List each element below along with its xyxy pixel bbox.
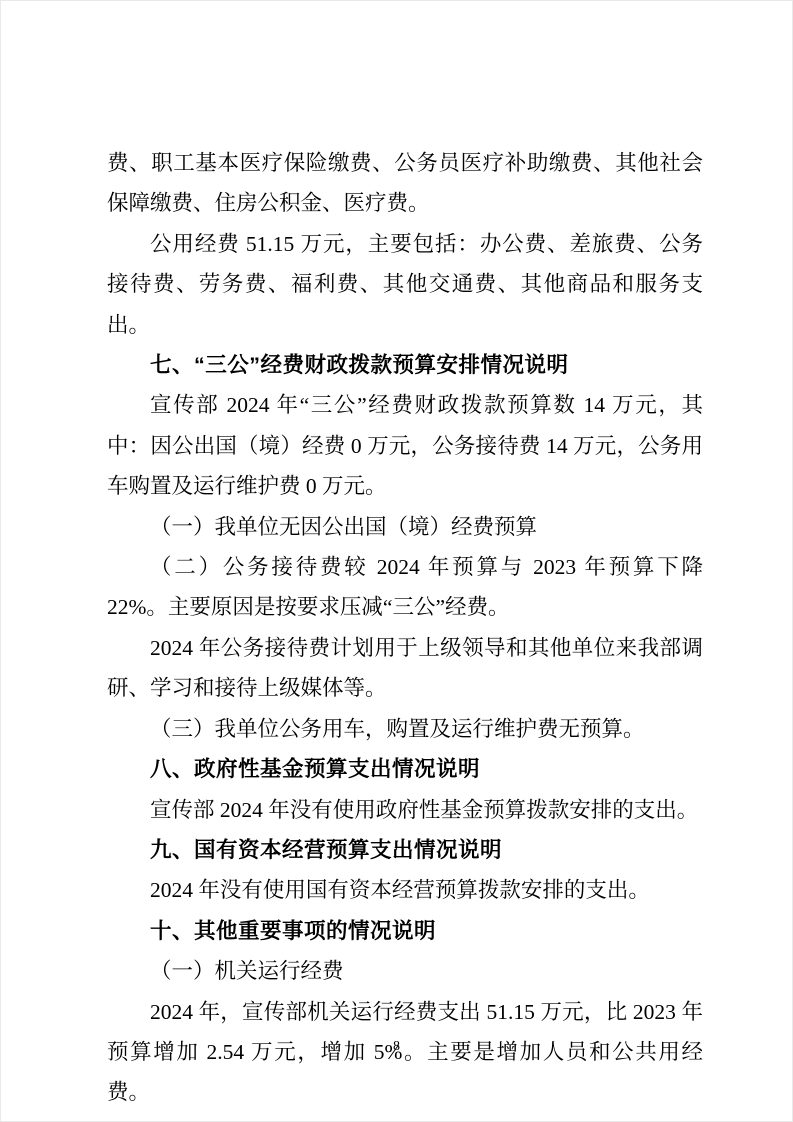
paragraph: 2024 年没有使用国有资本经营预算拨款安排的支出。 xyxy=(107,870,703,910)
paragraph: （二）公务接待费较 2024 年预算与 2023 年预算下降 22%。主要原因是… xyxy=(107,547,703,628)
paragraph: 费、职工基本医疗保险缴费、公务员医疗补助缴费、其他社会保障缴费、住房公积金、医疗… xyxy=(107,143,703,224)
page-footer: 8 xyxy=(1,1037,792,1057)
paragraph: （一）我单位无因公出国（境）经费预算 xyxy=(107,507,703,547)
section-heading: 十、其他重要事项的情况说明 xyxy=(107,911,703,951)
document-content: 费、职工基本医疗保险缴费、公务员医疗补助缴费、其他社会保障缴费、住房公积金、医疗… xyxy=(107,143,703,1113)
paragraph: 宣传部 2024 年没有使用政府性基金预算拨款安排的支出。 xyxy=(107,790,703,830)
section-heading: 七、“三公”经费财政拨款预算安排情况说明 xyxy=(107,345,703,385)
section-heading: 九、国有资本经营预算支出情况说明 xyxy=(107,830,703,870)
paragraph: （三）我单位公务用车，购置及运行维护费无预算。 xyxy=(107,709,703,749)
section-heading: 八、政府性基金预算支出情况说明 xyxy=(107,749,703,789)
paragraph: 2024 年公务接待费计划用于上级领导和其他单位来我部调研、学习和接待上级媒体等… xyxy=(107,628,703,709)
paragraph: 宣传部 2024 年“三公”经费财政拨款预算数 14 万元，其中：因公出国（境）… xyxy=(107,385,703,506)
paragraph: 公用经费 51.15 万元，主要包括：办公费、差旅费、公务接待费、劳务费、福利费… xyxy=(107,224,703,345)
document-page: 费、职工基本医疗保险缴费、公务员医疗补助缴费、其他社会保障缴费、住房公积金、医疗… xyxy=(0,0,793,1122)
page-number: 8 xyxy=(393,1039,400,1054)
paragraph: （一）机关运行经费 xyxy=(107,951,703,991)
